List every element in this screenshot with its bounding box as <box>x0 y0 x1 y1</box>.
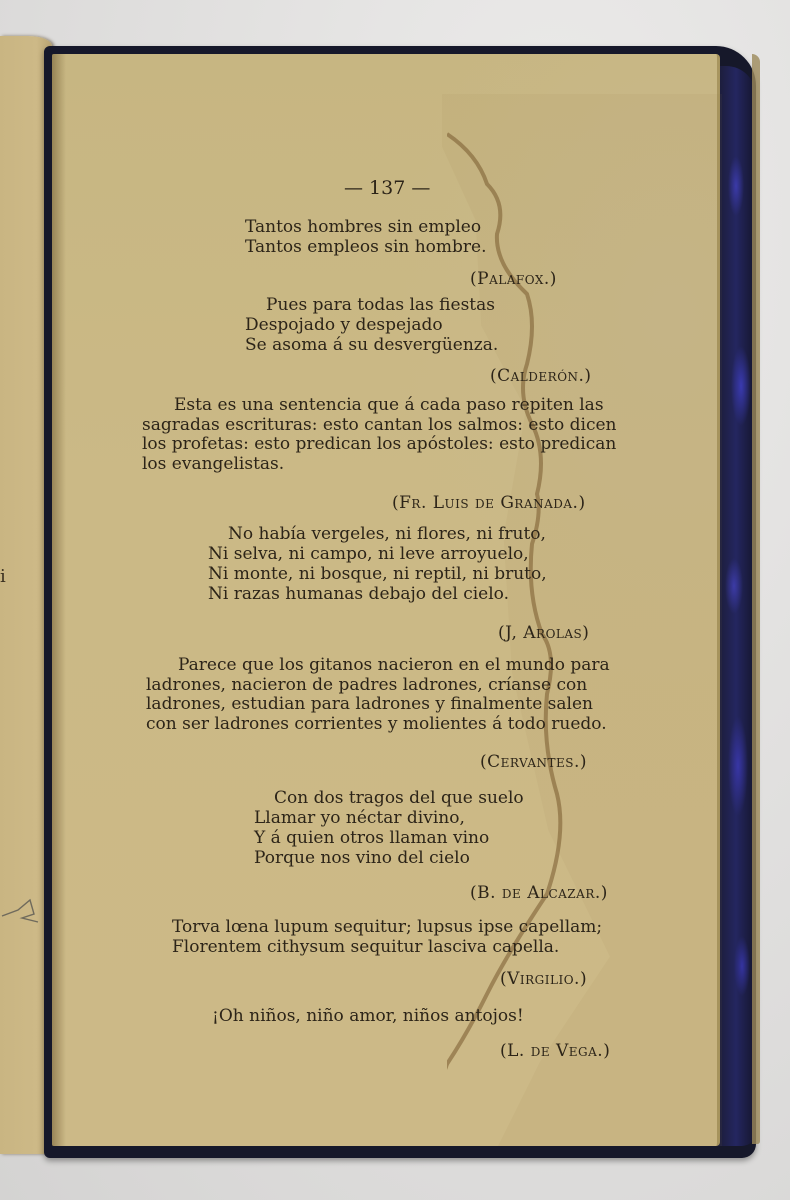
quote-3-line-2: sagradas escrituras: esto cantan los sal… <box>142 416 637 436</box>
book-page: — 137 — Tantos hombres sin empleo Tantos… <box>52 54 720 1146</box>
quote-3-line-3: los profetas: esto predican los apóstole… <box>142 435 637 455</box>
quote-4-author: (J, Arolas) <box>498 624 589 644</box>
quote-8-author: (L. de Vega.) <box>500 1042 610 1062</box>
quote-6-line-4: Porque nos vino del cielo <box>254 849 470 869</box>
quote-6-line-2: Llamar yo néctar divino, <box>254 809 465 829</box>
quote-6-line-3: Y á quien otros llaman vino <box>254 829 489 849</box>
quote-5-line-3: ladrones, estudian para ladrones y final… <box>146 695 641 715</box>
quote-4-line-3: Ni monte, ni bosque, ni reptil, ni bruto… <box>208 565 547 585</box>
quote-4-line-2: Ni selva, ni campo, ni leve arroyuelo, <box>208 545 529 565</box>
quote-3-line-1: Esta es una sentencia que á cada paso re… <box>142 396 637 416</box>
quote-1-line-2: Tantos empleos sin hombre. <box>245 238 487 258</box>
quote-5-line-4: con ser ladrones corrientes y molientes … <box>146 715 641 735</box>
quote-1-line-1: Tantos hombres sin empleo <box>245 218 481 238</box>
quote-3-paragraph: Esta es una sentencia que á cada paso re… <box>142 396 637 474</box>
quote-5-author: (Cervantes.) <box>480 753 587 773</box>
marbled-edge <box>716 66 756 1146</box>
quote-5-line-2: ladrones, nacieron de padres ladrones, c… <box>146 676 641 696</box>
quote-3-author: (Fr. Luis de Granada.) <box>392 494 586 514</box>
quote-4-line-1: No había vergeles, ni flores, ni fruto, <box>228 525 546 545</box>
quote-6-author: (B. de Alcazar.) <box>470 884 608 904</box>
quote-7-line-1: Torva lœna lupum sequitur; lupsus ipse c… <box>172 918 602 938</box>
quote-2-line-1: Pues para todas las fiestas <box>266 296 495 316</box>
quote-8-line-1: ¡Oh niños, niño amor, niños antojos! <box>212 1007 524 1027</box>
pencil-doodle-icon <box>0 896 40 926</box>
quote-3-line-4: los evangelistas. <box>142 455 637 475</box>
cover-board-edge <box>752 54 760 1144</box>
left-page-text-fragment: i <box>0 566 6 587</box>
quote-6-line-1: Con dos tragos del que suelo <box>274 789 524 809</box>
quote-1-author: (Palafox.) <box>470 270 557 290</box>
quote-2-line-2: Despojado y despejado <box>245 316 443 336</box>
quote-2-author: (Calderón.) <box>490 367 592 387</box>
quote-2-line-3: Se asoma á su desvergüenza. <box>245 336 498 356</box>
quote-4-line-4: Ni razas humanas debajo del cielo. <box>208 585 509 605</box>
quote-7-line-2: Florentem cithysum sequitur lasciva cape… <box>172 938 559 958</box>
page-gutter-shadow <box>52 54 66 1146</box>
quote-5-paragraph: Parece que los gitanos nacieron en el mu… <box>146 656 641 734</box>
quote-7-author: (Virgilio.) <box>500 970 587 990</box>
quote-5-line-1: Parece que los gitanos nacieron en el mu… <box>146 656 641 676</box>
page-number: — 137 — <box>344 179 430 199</box>
